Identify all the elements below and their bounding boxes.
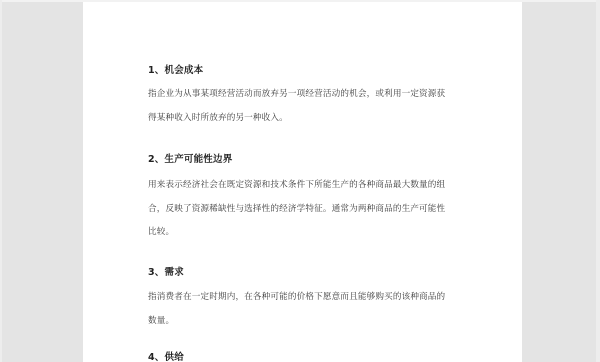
- section-body-opportunity-cost: 指企业为从事某项经营活动而放弃另一项经营活动的机会，或利用一定资源获 得某种收入…: [148, 83, 478, 130]
- section-body-demand: 指消费者在一定时期内，在各种可能的价格下愿意而且能够购买的该种商品的 数量。: [148, 286, 478, 333]
- body-line: 比较。: [148, 221, 478, 245]
- section-heading-supply: 4、供给: [148, 349, 184, 362]
- body-line: 指消费者在一定时期内，在各种可能的价格下愿意而且能够购买的该种商品的: [148, 286, 478, 310]
- section-heading-production-possibility-frontier: 2、生产可能性边界: [148, 151, 232, 165]
- section-heading-opportunity-cost: 1、机会成本: [148, 62, 203, 76]
- document-page: 1、机会成本 指企业为从事某项经营活动而放弃另一项经营活动的机会，或利用一定资源…: [83, 2, 522, 362]
- body-line: 指企业为从事某项经营活动而放弃另一项经营活动的机会，或利用一定资源获: [148, 83, 478, 107]
- body-line: 数量。: [148, 310, 478, 334]
- section-body-production-possibility-frontier: 用来表示经济社会在既定资源和技术条件下所能生产的各种商品最大数量的组 合，反映了…: [148, 174, 478, 245]
- body-line: 合，反映了资源稀缺性与选择性的经济学特征。通常为两种商品的生产可能性: [148, 198, 478, 222]
- left-border: [0, 0, 2, 362]
- body-line: 得某种收入时所放弃的另一种收入。: [148, 107, 478, 131]
- section-heading-demand: 3、需求: [148, 264, 184, 278]
- right-border: [596, 0, 600, 362]
- body-line: 用来表示经济社会在既定资源和技术条件下所能生产的各种商品最大数量的组: [148, 174, 478, 198]
